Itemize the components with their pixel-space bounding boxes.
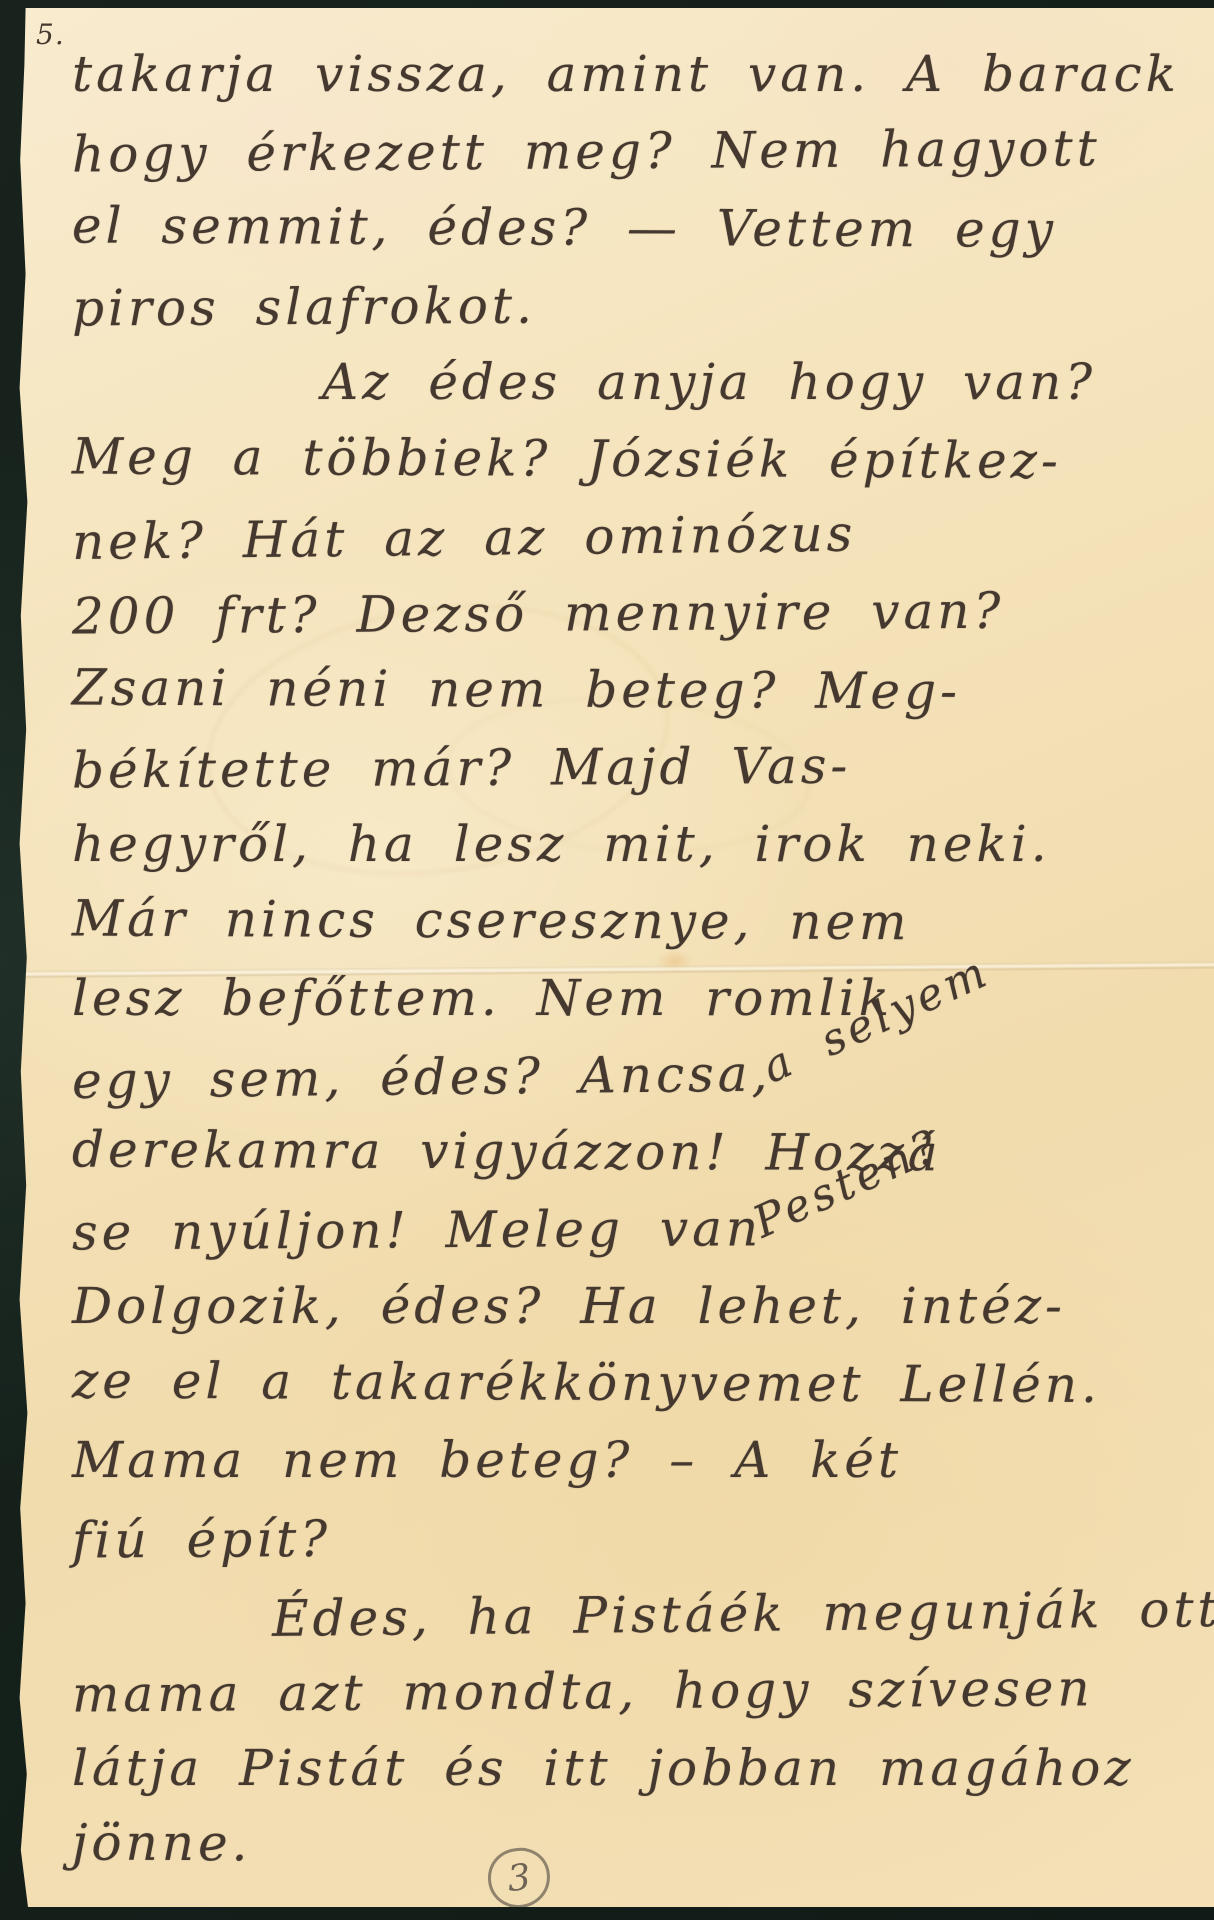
letter-line-text: ze el a takarékkönyvemet Lellén. [72, 1352, 1101, 1414]
letter-line-text: lesz befőttem. Nem romlik [72, 969, 893, 1027]
letter-line: látja Pistát és itt jobban magához [72, 1730, 1208, 1807]
letter-line: takarja vissza, amint van. A barack [72, 36, 1208, 113]
letter-line-text: jönne. [72, 1814, 252, 1873]
letter-line: 200 frt? Dezső mennyire van? [72, 572, 1208, 656]
letter-line-text: Édes, ha Pistáék megunják ott, [272, 1580, 1214, 1648]
letter-line-text: látja Pistát és itt jobban magához [72, 1739, 1135, 1797]
letter-page: 5. takarja vissza, amint van. A barackho… [16, 8, 1214, 1907]
letter-line-text: mama azt mondta, hogy szívesen [72, 1659, 1094, 1723]
letter-line: Dolgozik, édes? Ha lehet, intéz- [72, 1268, 1208, 1345]
letter-line: hegyről, ha lesz mit, irok neki. [72, 806, 1208, 883]
letter-line-text: hogy érkezett meg? Nem hagyott [72, 119, 1101, 183]
letter-line: egy sem, édes? Ancsa,a selyem [72, 1031, 1209, 1120]
letter-line-text: békítette már? Majd Vas- [72, 737, 852, 800]
letter-line-text: 200 frt? Dezső mennyire van? [72, 582, 1005, 646]
letter-line: Édes, ha Pistáék megunják ott, [272, 1571, 1209, 1658]
letter-line: Az édes anyja hogy van? [322, 344, 1208, 421]
letter-line-text: se nyúljon! Meleg van [72, 1199, 762, 1261]
scan-background: { "annotations": { "corner_number": "5."… [0, 0, 1214, 1920]
letter-line: nek? Hát az az ominózus [72, 492, 1209, 581]
letter-line: se nyúljon! Meleg vanPesten? [72, 1188, 1208, 1272]
letter-line: jönne. [72, 1805, 1208, 1887]
letter-line-text: takarja vissza, amint van. A barack [72, 45, 1180, 103]
letter-lines: takarja vissza, amint van. A barackhogy … [72, 36, 1208, 1884]
letter-line-text: egy sem, édes? Ancsa, [72, 1045, 772, 1110]
letter-line: mama azt mondta, hogy szívesen [72, 1650, 1208, 1734]
letter-line-text: Már nincs cseresznye, nem [72, 890, 911, 952]
letter-line-text: nek? Hát az az ominózus [72, 505, 857, 571]
corner-page-annotation: 5. [36, 18, 65, 51]
letter-line: piros slafrokot. [72, 264, 1208, 348]
letter-line-text: Dolgozik, édes? Ha lehet, intéz- [72, 1277, 1066, 1335]
letter-line: fiú épít? [72, 1496, 1208, 1580]
letter-line: ze el a takarékkönyvemet Lellén. [72, 1343, 1208, 1425]
letter-line: Már nincs cseresznye, nem [72, 881, 1208, 963]
letter-line-text: piros slafrokot. [72, 277, 536, 338]
letter-line: derekamra vigyázzon! Hozzá [72, 1112, 1208, 1194]
letter-line: hogy érkezett meg? Nem hagyott [72, 110, 1208, 194]
letter-line-text: Meg a többiek? Józsiék építkez- [72, 428, 1062, 490]
letter-line: Zsani néni nem beteg? Meg- [72, 650, 1208, 732]
letter-line-text: Zsani néni nem beteg? Meg- [72, 659, 961, 721]
letter-line-text: hegyről, ha lesz mit, irok neki. [72, 815, 1051, 873]
letter-line: el semmit, édes? — Vettem egy [72, 188, 1208, 270]
letter-line: Mama nem beteg? – A két [72, 1422, 1208, 1499]
letter-line: békítette már? Majd Vas- [72, 726, 1208, 810]
letter-line-text: Mama nem beteg? – A két [72, 1431, 902, 1489]
letter-line-text: Az édes anyja hogy van? [322, 353, 1096, 411]
letter-line-text: fiú épít? [72, 1510, 331, 1570]
letter-line: lesz befőttem. Nem romlik [72, 960, 1208, 1037]
letter-line-text: el semmit, édes? — Vettem egy [72, 197, 1057, 259]
letter-line: Meg a többiek? Józsiék építkez- [72, 419, 1208, 501]
